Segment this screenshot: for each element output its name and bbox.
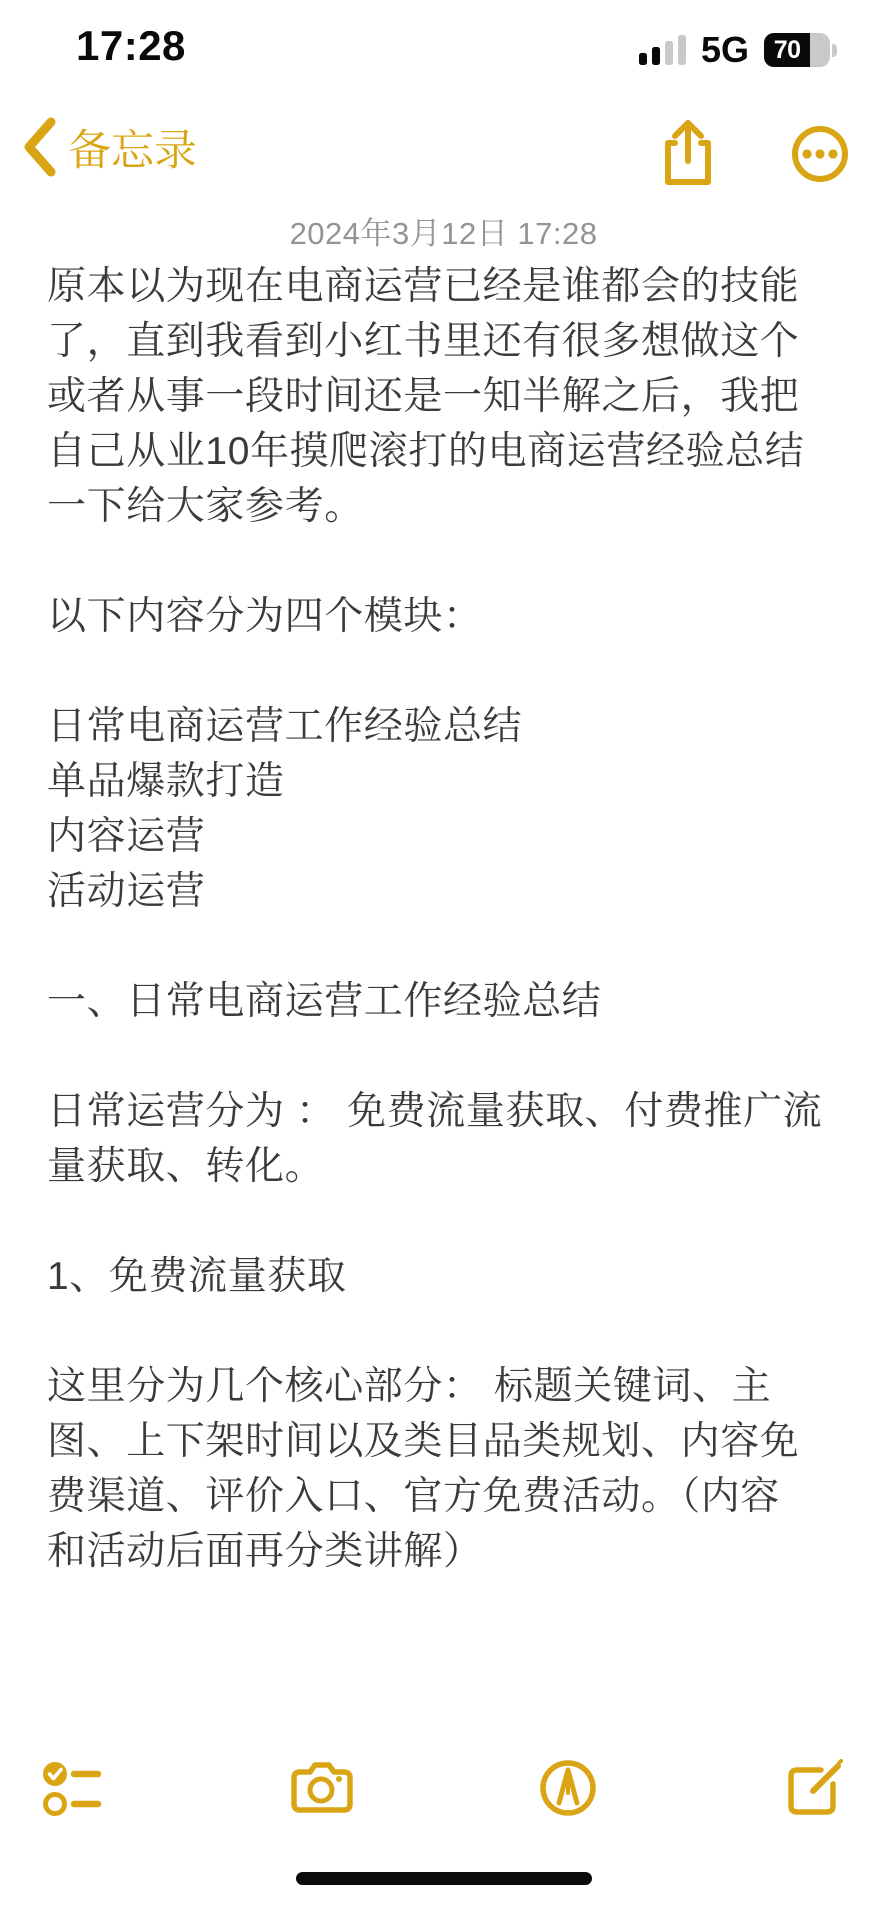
markup-button[interactable] — [539, 1759, 597, 1817]
more-button[interactable] — [791, 125, 849, 183]
battery-cap — [832, 44, 837, 57]
network-type-label: 5G — [701, 29, 749, 71]
ellipsis-circle-icon — [791, 125, 849, 183]
home-indicator[interactable] — [296, 1872, 592, 1885]
note-body-text[interactable]: 原本以为现在电商运营已经是谁都会的技能 了，直到我看到小红书里还有很多想做这个 … — [47, 259, 852, 1579]
back-button-label: 备忘录 — [68, 117, 197, 178]
share-icon — [661, 119, 715, 189]
share-button[interactable] — [661, 119, 715, 189]
checklist-button[interactable] — [42, 1759, 104, 1817]
battery-percent-label: 70 — [774, 36, 801, 65]
chevron-left-icon — [22, 116, 56, 178]
compose-icon — [783, 1758, 845, 1818]
checklist-icon — [42, 1759, 104, 1817]
cellular-signal-icon — [639, 35, 686, 65]
status-indicators: 5G 70 — [639, 30, 837, 70]
bottom-toolbar — [0, 1758, 887, 1818]
camera-icon — [290, 1762, 354, 1814]
nav-bar: 备忘录 — [0, 108, 887, 200]
note-date: 2024年3月12日 17:28 — [0, 208, 887, 253]
camera-button[interactable] — [290, 1762, 354, 1814]
back-button[interactable]: 备忘录 — [22, 116, 197, 178]
status-bar: 17:28 5G 70 — [0, 0, 887, 100]
nav-actions — [661, 108, 849, 200]
battery-icon: 70 — [764, 33, 837, 67]
notes-app-screen: 17:28 5G 70 备忘录 — [0, 0, 887, 1920]
status-time: 17:28 — [76, 22, 186, 70]
compose-button[interactable] — [783, 1758, 845, 1818]
markup-pen-icon — [539, 1759, 597, 1817]
